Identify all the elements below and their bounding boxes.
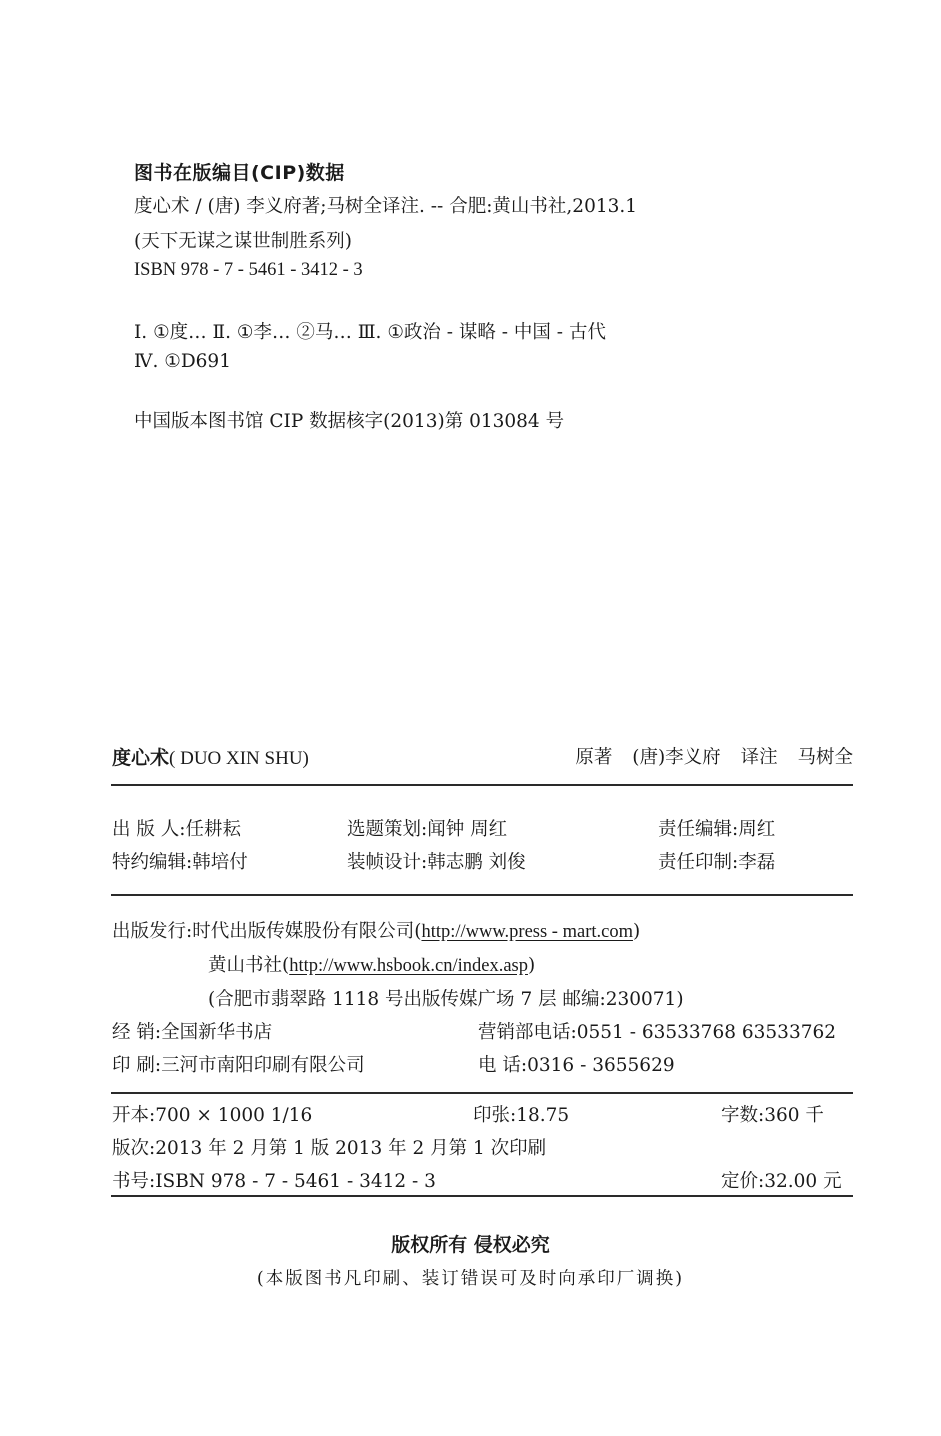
distributor-value: 全国新华书店 [161,1022,272,1043]
paren-close: ) [528,955,535,976]
book-authors: 原著 (唐)李义府 译注 马树全 [561,743,853,769]
copyright-note: (本版图书凡印刷、装订错误可及时向承印厂调换) [0,1265,941,1290]
responsible-editor: 责任编辑:周红 [658,815,775,841]
divider [111,894,853,896]
printer-phone-line: 电 话:0316 - 3655629 [478,1051,675,1077]
original-author: (唐)李义府 [632,747,720,768]
book-title: 度心术( DUO XIN SHU) [112,743,309,770]
edition-info: 版次:2013 年 2 月第 1 版 2013 年 2 月第 1 次印刷 [112,1134,546,1160]
divider [111,1195,853,1197]
distributor-label: 经 销: [112,1022,161,1043]
copyright-notice: 版权所有 侵权必究 [0,1230,941,1257]
publisher-address: (合肥市翡翠路 1118 号出版传媒广场 7 层 邮编:230071) [208,985,684,1011]
printer-phone-label: 电 话: [478,1055,527,1076]
translator-name: 马树全 [797,747,853,768]
distributor-line: 经 销:全国新华书店 [112,1018,272,1044]
paren-close: ) [633,921,640,942]
book-price: 定价:32.00 元 [721,1167,842,1193]
cip-classification-2: Ⅳ. ①D691 [134,351,231,372]
book-title-cn: 度心术 [112,747,169,769]
publisher-label: 出版发行: [112,921,192,942]
cip-classification-1: Ⅰ. ①度… Ⅱ. ①李… ②马… Ⅲ. ①政治 - 谋略 - 中国 - 古代 [134,318,606,344]
publisher-line: 出版发行:时代出版传媒股份有限公司(http://www.press - mar… [112,917,640,943]
divider [111,784,853,786]
word-count: 字数:360 千 [721,1101,824,1127]
cip-bibliographic-line: 度心术 / (唐) 李义府著;马树全译注. -- 合肥:黄山书社,2013.1 [134,192,637,218]
printer-phone-value: 0316 - 3655629 [527,1055,675,1076]
book-isbn: 书号:ISBN 978 - 7 - 5461 - 3412 - 3 [112,1167,436,1193]
divider [111,1092,853,1094]
imprint-line: 黄山书社(http://www.hsbook.cn/index.asp) [208,951,535,977]
cip-approval-number: 中国版本图书馆 CIP 数据核字(2013)第 013084 号 [134,407,564,433]
translator-label: 译注 [741,747,778,768]
cip-series-line: (天下无谋之谋世制胜系列) [134,227,352,253]
printer-label: 印 刷: [112,1055,161,1076]
topic-planning: 选题策划:闻钟 周红 [347,815,507,841]
publisher-company: 时代出版传媒股份有限公司( [192,921,421,942]
imprint-url-link[interactable]: http://www.hsbook.cn/index.asp [289,956,528,976]
format-spec: 开本:700 × 1000 1/16 [112,1101,312,1127]
imprint-name: 黄山书社( [208,955,289,976]
cover-design: 装帧设计:韩志鹏 刘俊 [347,848,526,874]
publisher-person: 出 版 人:任耕耘 [112,815,241,841]
printer-line: 印 刷:三河市南阳印刷有限公司 [112,1051,365,1077]
special-editor: 特约编辑:韩培付 [112,848,248,874]
publisher-url-link[interactable]: http://www.press - mart.com [421,922,633,942]
print-supervisor: 责任印制:李磊 [658,848,775,874]
book-title-pinyin: ( DUO XIN SHU) [169,748,309,769]
sheets-spec: 印张:18.75 [473,1101,569,1127]
original-label: 原著 [575,747,612,768]
cip-isbn: ISBN 978 - 7 - 5461 - 3412 - 3 [134,260,363,281]
printer-value: 三河市南阳印刷有限公司 [161,1055,365,1076]
cip-title: 图书在版编目(CIP)数据 [134,158,345,185]
sales-phone: 营销部电话:0551 - 63533768 63533762 [478,1018,836,1044]
